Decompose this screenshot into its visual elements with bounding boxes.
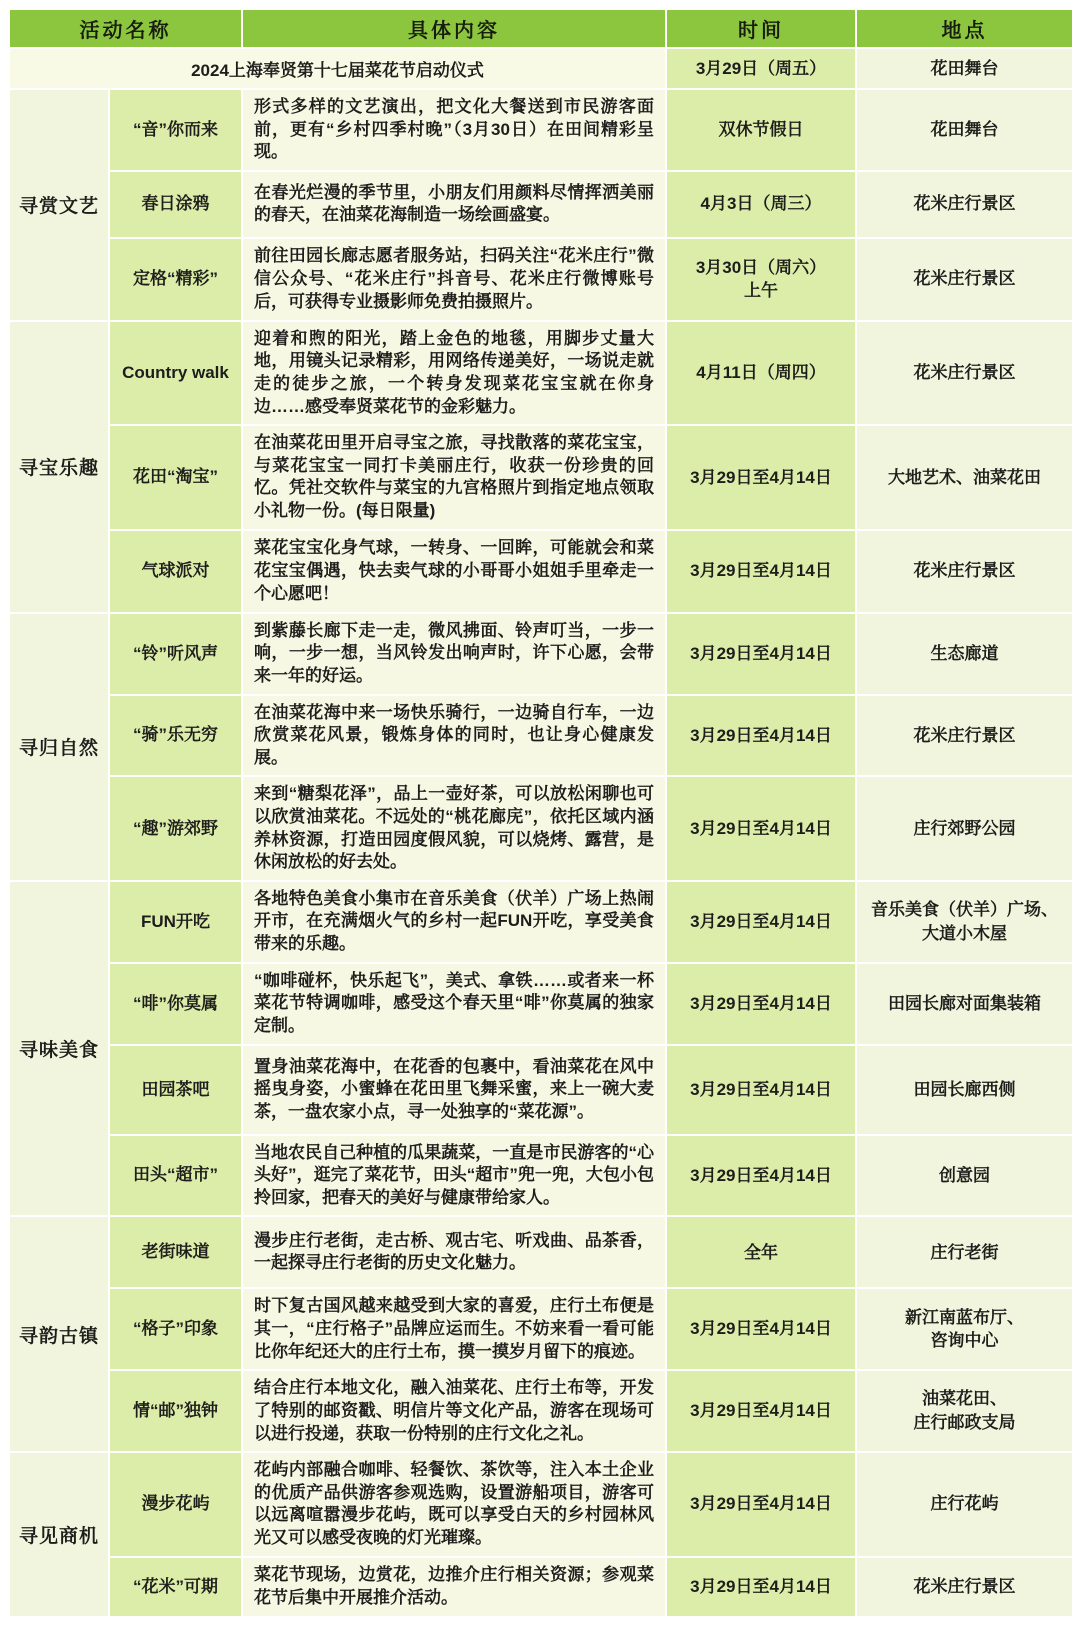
table-row: 春日涂鸦 在春光烂漫的季节里，小朋友们用颜料尽情挥洒美丽的春天，在油菜花海制造一… — [9, 171, 1073, 238]
launch-title: 2024上海奉贤第十七届菜花节启动仪式 — [9, 48, 666, 89]
location-cell: 庄行老街 — [856, 1216, 1073, 1288]
activity-cell: “花米”可期 — [109, 1557, 242, 1617]
header-time: 时间 — [666, 9, 856, 48]
location-cell: 田园长廊对面集装箱 — [856, 963, 1073, 1045]
location-cell: 田园长廊西侧 — [856, 1045, 1073, 1135]
location-cell: 花米庄行景区 — [856, 238, 1073, 321]
time-cell: 3月29日至4月14日 — [666, 776, 856, 880]
location-cell: 花米庄行景区 — [856, 695, 1073, 777]
activity-cell: 情“邮”独钟 — [109, 1370, 242, 1452]
content-cell: 在油菜花海中来一场快乐骑行，一边骑自行车，一边欣赏菜花风景，锻炼身体的同时，也让… — [242, 695, 666, 777]
content-cell: 时下复古国风越来越受到大家的喜爱，庄行土布便是其一，“庄行格子”品牌应运而生。不… — [242, 1288, 666, 1370]
content-cell: 菜花节现场，边赏花，边推介庄行相关资源；参观菜花节后集中开展推介活动。 — [242, 1557, 666, 1617]
category-cell: 寻宝乐趣 — [9, 321, 109, 613]
location-cell: 花米庄行景区 — [856, 171, 1073, 238]
time-cell: 双休节假日 — [666, 89, 856, 171]
content-cell: “咖啡碰杯，快乐起飞”，美式、拿铁……或者来一杯菜花节特调咖啡，感受这个春天里“… — [242, 963, 666, 1045]
time-cell: 3月29日至4月14日 — [666, 963, 856, 1045]
time-cell: 3月29日至4月14日 — [666, 1045, 856, 1135]
table-row: “格子”印象 时下复古国风越来越受到大家的喜爱，庄行土布便是其一，“庄行格子”品… — [9, 1288, 1073, 1370]
activity-cell: “格子”印象 — [109, 1288, 242, 1370]
table-row: 气球派对 菜花宝宝化身气球，一转身、一回眸，可能就会和菜花宝宝偶遇，快去卖气球的… — [9, 530, 1073, 613]
content-cell: 当地农民自己种植的瓜果蔬菜，一直是市民游客的“心头好”，逛完了菜花节，田头“超市… — [242, 1135, 666, 1217]
time-cell: 4月11日（周四） — [666, 321, 856, 425]
location-cell: 花米庄行景区 — [856, 321, 1073, 425]
table-row: “啡”你莫属 “咖啡碰杯，快乐起飞”，美式、拿铁……或者来一杯菜花节特调咖啡，感… — [9, 963, 1073, 1045]
time-cell: 3月29日至4月14日 — [666, 1557, 856, 1617]
category-cell: 寻味美食 — [9, 881, 109, 1217]
header-row: 活动名称 具体内容 时间 地点 — [9, 9, 1073, 48]
location-cell: 音乐美食（伏羊）广场、 大道小木屋 — [856, 881, 1073, 963]
location-cell: 庄行郊野公园 — [856, 776, 1073, 880]
activity-cell: 气球派对 — [109, 530, 242, 613]
activity-cell: 田园茶吧 — [109, 1045, 242, 1135]
activity-cell: 老街味道 — [109, 1216, 242, 1288]
table-row: 寻赏文艺 “音”你而来 形式多样的文艺演出，把文化大餐送到市民游客面前，更有“乡… — [9, 89, 1073, 171]
time-cell: 3月29日至4月14日 — [666, 1370, 856, 1452]
table-row: 田园茶吧 置身油菜花海中，在花香的包裹中，看油菜花在风中摇曳身姿，小蜜蜂在花田里… — [9, 1045, 1073, 1135]
content-cell: 在油菜花田里开启寻宝之旅，寻找散落的菜花宝宝，与菜花宝宝一同打卡美丽庄行，收获一… — [242, 425, 666, 529]
header-location: 地点 — [856, 9, 1073, 48]
time-cell: 3月29日至4月14日 — [666, 881, 856, 963]
table-row: “花米”可期 菜花节现场，边赏花，边推介庄行相关资源；参观菜花节后集中开展推介活… — [9, 1557, 1073, 1617]
table-row: 寻韵古镇 老街味道 漫步庄行老街，走古桥、观古宅、听戏曲、品茶香，一起探寻庄行老… — [9, 1216, 1073, 1288]
header-activity-name: 活动名称 — [9, 9, 242, 48]
time-cell: 3月29日至4月14日 — [666, 613, 856, 695]
activity-cell: Country walk — [109, 321, 242, 425]
time-cell: 3月30日（周六） 上午 — [666, 238, 856, 321]
category-cell: 寻韵古镇 — [9, 1216, 109, 1452]
location-cell: 创意园 — [856, 1135, 1073, 1217]
content-cell: 在春光烂漫的季节里，小朋友们用颜料尽情挥洒美丽的春天，在油菜花海制造一场绘画盛宴… — [242, 171, 666, 238]
content-cell: 花屿内部融合咖啡、轻餐饮、茶饮等，注入本土企业的优质产品供游客参观选购，设置游船… — [242, 1452, 666, 1556]
location-cell: 新江南蓝布厅、 咨询中心 — [856, 1288, 1073, 1370]
activity-cell: 花田“淘宝” — [109, 425, 242, 529]
activity-cell: 田头“超市” — [109, 1135, 242, 1217]
activity-cell: 漫步花屿 — [109, 1452, 242, 1556]
content-cell: 各地特色美食小集市在音乐美食（伏羊）广场上热闹开市，在充满烟火气的乡村一起FUN… — [242, 881, 666, 963]
activity-cell: “骑”乐无穷 — [109, 695, 242, 777]
activity-table: 活动名称 具体内容 时间 地点 2024上海奉贤第十七届菜花节启动仪式 3月29… — [8, 8, 1074, 1618]
location-cell: 花米庄行景区 — [856, 530, 1073, 613]
content-cell: 漫步庄行老街，走古桥、观古宅、听戏曲、品茶香，一起探寻庄行老街的历史文化魅力。 — [242, 1216, 666, 1288]
activity-cell: “音”你而来 — [109, 89, 242, 171]
time-cell: 3月29日至4月14日 — [666, 1288, 856, 1370]
table-row: 田头“超市” 当地农民自己种植的瓜果蔬菜，一直是市民游客的“心头好”，逛完了菜花… — [9, 1135, 1073, 1217]
table-row: 情“邮”独钟 结合庄行本地文化，融入油菜花、庄行土布等，开发了特别的邮资戳、明信… — [9, 1370, 1073, 1452]
table-row: 定格“精彩” 前往田园长廊志愿者服务站，扫码关注“花米庄行”微信公众号、“花米庄… — [9, 238, 1073, 321]
category-cell: 寻归自然 — [9, 613, 109, 881]
page: 活动名称 具体内容 时间 地点 2024上海奉贤第十七届菜花节启动仪式 3月29… — [0, 0, 1080, 1626]
activity-cell: “趣”游郊野 — [109, 776, 242, 880]
content-cell: 置身油菜花海中，在花香的包裹中，看油菜花在风中摇曳身姿，小蜜蜂在花田里飞舞采蜜，… — [242, 1045, 666, 1135]
launch-ceremony-row: 2024上海奉贤第十七届菜花节启动仪式 3月29日（周五） 花田舞台 — [9, 48, 1073, 89]
activity-cell: 春日涂鸦 — [109, 171, 242, 238]
time-cell: 3月29日至4月14日 — [666, 425, 856, 529]
location-cell: 花田舞台 — [856, 48, 1073, 89]
category-cell: 寻见商机 — [9, 1452, 109, 1616]
location-cell: 花田舞台 — [856, 89, 1073, 171]
activity-cell: 定格“精彩” — [109, 238, 242, 321]
time-cell: 全年 — [666, 1216, 856, 1288]
header-content: 具体内容 — [242, 9, 666, 48]
time-cell: 3月29日至4月14日 — [666, 530, 856, 613]
category-cell: 寻赏文艺 — [9, 89, 109, 321]
time-cell: 4月3日（周三） — [666, 171, 856, 238]
table-row: 寻归自然 “铃”听风声 到紫藤长廊下走一走，微风拂面、铃声叮当，一步一响，一步一… — [9, 613, 1073, 695]
location-cell: 生态廊道 — [856, 613, 1073, 695]
time-cell: 3月29日至4月14日 — [666, 695, 856, 777]
table-row: 寻宝乐趣 Country walk 迎着和煦的阳光，踏上金色的地毯，用脚步丈量大… — [9, 321, 1073, 425]
activity-cell: “铃”听风声 — [109, 613, 242, 695]
table-row: 寻见商机 漫步花屿 花屿内部融合咖啡、轻餐饮、茶饮等，注入本土企业的优质产品供游… — [9, 1452, 1073, 1556]
content-cell: 菜花宝宝化身气球，一转身、一回眸，可能就会和菜花宝宝偶遇，快去卖气球的小哥哥小姐… — [242, 530, 666, 613]
location-cell: 油菜花田、 庄行邮政支局 — [856, 1370, 1073, 1452]
content-cell: 到紫藤长廊下走一走，微风拂面、铃声叮当，一步一响，一步一想，当风铃发出响声时，许… — [242, 613, 666, 695]
location-cell: 庄行花屿 — [856, 1452, 1073, 1556]
table-row: “骑”乐无穷 在油菜花海中来一场快乐骑行，一边骑自行车，一边欣赏菜花风景，锻炼身… — [9, 695, 1073, 777]
time-cell: 3月29日至4月14日 — [666, 1452, 856, 1556]
time-cell: 3月29日（周五） — [666, 48, 856, 89]
location-cell: 花米庄行景区 — [856, 1557, 1073, 1617]
content-cell: 形式多样的文艺演出，把文化大餐送到市民游客面前，更有“乡村四季村晚”（3月30日… — [242, 89, 666, 171]
time-cell: 3月29日至4月14日 — [666, 1135, 856, 1217]
table-row: 寻味美食 FUN开吃 各地特色美食小集市在音乐美食（伏羊）广场上热闹开市，在充满… — [9, 881, 1073, 963]
table-row: 花田“淘宝” 在油菜花田里开启寻宝之旅，寻找散落的菜花宝宝，与菜花宝宝一同打卡美… — [9, 425, 1073, 529]
content-cell: 前往田园长廊志愿者服务站，扫码关注“花米庄行”微信公众号、“花米庄行”抖音号、花… — [242, 238, 666, 321]
activity-cell: FUN开吃 — [109, 881, 242, 963]
content-cell: 结合庄行本地文化，融入油菜花、庄行土布等，开发了特别的邮资戳、明信片等文化产品，… — [242, 1370, 666, 1452]
content-cell: 来到“糖梨花泽”，品上一壶好茶，可以放松闲聊也可以欣赏油菜花。不远处的“桃花廊庑… — [242, 776, 666, 880]
content-cell: 迎着和煦的阳光，踏上金色的地毯，用脚步丈量大地，用镜头记录精彩，用网络传递美好，… — [242, 321, 666, 425]
activity-cell: “啡”你莫属 — [109, 963, 242, 1045]
table-row: “趣”游郊野 来到“糖梨花泽”，品上一壶好茶，可以放松闲聊也可以欣赏油菜花。不远… — [9, 776, 1073, 880]
location-cell: 大地艺术、油菜花田 — [856, 425, 1073, 529]
